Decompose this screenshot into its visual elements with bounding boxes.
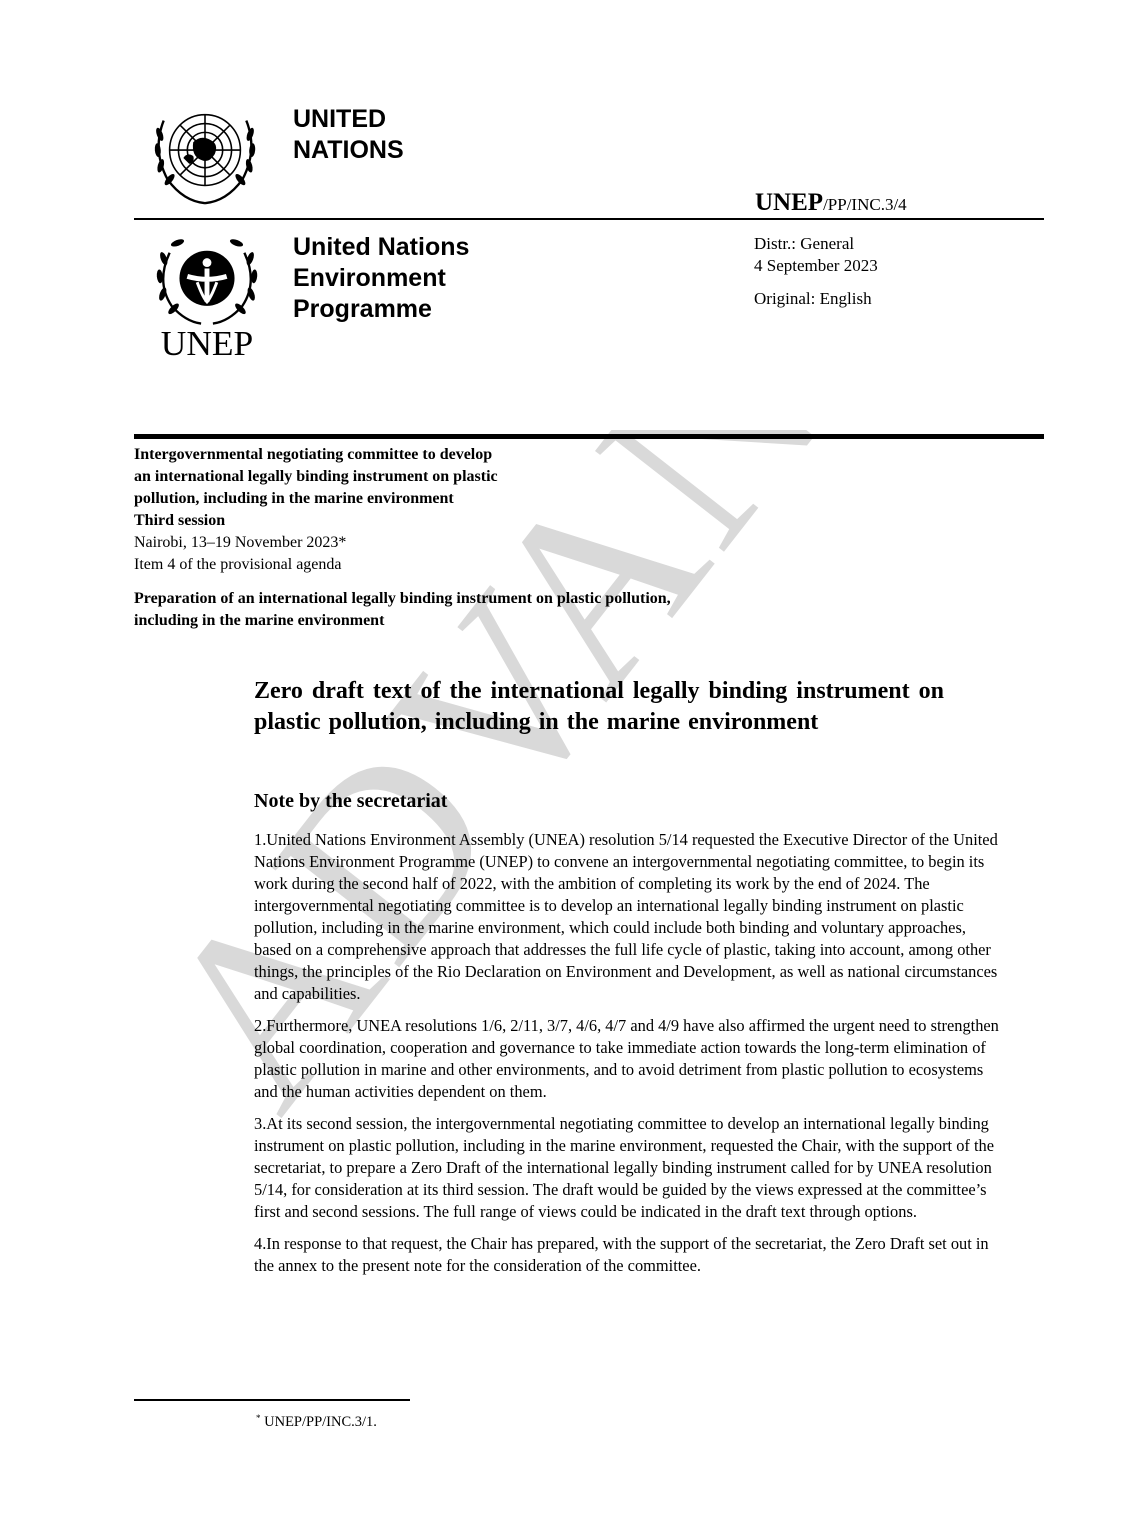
document-title: Zero draft text of the international leg… <box>254 676 944 738</box>
unep-name: United Nations Environment Programme <box>293 232 469 325</box>
paragraph-2: 2.Furthermore, UNEA resolutions 1/6, 2/1… <box>254 1015 999 1103</box>
header-divider <box>134 218 1044 220</box>
unep-name-line3: Programme <box>293 294 469 325</box>
committee-line-1: Intergovernmental negotiating committee … <box>134 444 654 466</box>
committee-line-2: an international legally binding instrum… <box>134 466 654 488</box>
paragraph-3: 3.At its second session, the intergovern… <box>254 1113 999 1223</box>
un-emblem-icon <box>146 100 264 210</box>
un-name-line2: NATIONS <box>293 135 404 166</box>
note-heading: Note by the secretariat <box>254 790 447 813</box>
session: Third session <box>134 510 654 532</box>
symbol-suffix: /PP/INC.3/4 <box>823 195 907 214</box>
distribution-block: Distr.: General 4 September 2023 <box>754 233 878 277</box>
location-dates: Nairobi, 13–19 November 2023* <box>134 532 654 554</box>
svg-text:UNEP: UNEP <box>161 323 253 362</box>
committee-line-3: pollution, including in the marine envir… <box>134 488 654 510</box>
distribution: Distr.: General <box>754 233 878 255</box>
unep-name-line2: Environment <box>293 263 469 294</box>
committee-block: Intergovernmental negotiating committee … <box>134 444 654 576</box>
unep-name-line1: United Nations <box>293 232 469 263</box>
un-name-line1: UNITED <box>293 104 404 135</box>
symbol-prefix: UNEP <box>755 189 823 216</box>
paragraph-1: 1.United Nations Environment Assembly (U… <box>254 829 999 1005</box>
paragraph-4: 4.In response to that request, the Chair… <box>254 1233 999 1277</box>
footnote-divider <box>134 1399 410 1401</box>
footnote-text: UNEP/PP/INC.3/1. <box>261 1414 377 1430</box>
document-symbol: UNEP/PP/INC.3/4 <box>755 189 907 217</box>
note-body: 1.United Nations Environment Assembly (U… <box>254 829 999 1287</box>
section-divider <box>134 434 1044 439</box>
footnote: * UNEP/PP/INC.3/1. <box>256 1413 377 1431</box>
un-name: UNITED NATIONS <box>293 104 404 166</box>
agenda-title: Preparation of an international legally … <box>134 588 694 632</box>
original-language: Original: English <box>754 289 872 309</box>
document-date: 4 September 2023 <box>754 255 878 277</box>
agenda-item: Item 4 of the provisional agenda <box>134 554 654 576</box>
unep-emblem-icon: UNEP <box>148 232 266 362</box>
